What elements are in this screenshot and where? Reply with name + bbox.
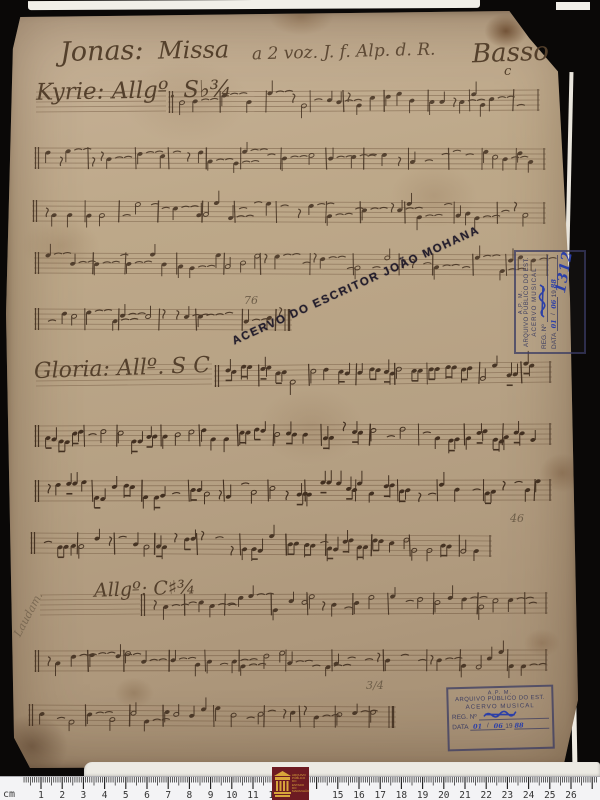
ruler-number: 6 [144, 790, 150, 800]
ruler-number: 2 [59, 790, 65, 800]
title-sub-letter: c [504, 64, 511, 79]
stamp-month: 06 [550, 300, 557, 309]
music-staff [32, 195, 546, 231]
ruler-number: 21 [459, 790, 471, 800]
music-staff [140, 589, 548, 625]
ruler-number: 10 [226, 790, 238, 800]
music-staff [34, 142, 546, 178]
heading-kyrie: Kyrie: Allgº. S♭¾ [36, 76, 233, 105]
blue-scribble [538, 284, 547, 318]
title-work: Missa [158, 35, 230, 64]
stamp-collection-name: ACERVO MUSICAL [531, 255, 538, 349]
ruler-number: 22 [480, 790, 491, 800]
music-score-layer [0, 0, 600, 800]
ruler-number: 1 [38, 790, 44, 800]
ruler-number: 8 [187, 790, 193, 800]
ruler-number: 19 [417, 790, 429, 800]
music-staff [34, 645, 548, 681]
ruler-number: 5 [123, 790, 129, 800]
stamp-archive-name: ARQUIVO PÚBLICO DO EST. [524, 255, 530, 349]
logo-text: ARQUIVO PÚBLICO DO ESTADO DO MARANHÃO [292, 774, 305, 793]
apem-archive-logo: ARQUIVO PÚBLICO DO ESTADO DO MARANHÃO [272, 767, 309, 800]
stamp-month: 06 [494, 722, 503, 729]
ruler-number: 20 [438, 790, 450, 800]
ruler-number: 15 [332, 790, 343, 800]
music-staff [214, 360, 552, 396]
ruler-number: 25 [544, 790, 555, 800]
ruler-unit: cm [3, 789, 15, 800]
stamp-date-label: DATA [551, 333, 558, 349]
annotation-76: 76 [244, 294, 258, 307]
stamp-date-label: DATA [452, 724, 469, 731]
title-composer: Jonas: [60, 35, 144, 68]
music-staff [34, 420, 552, 456]
blue-scribble [483, 710, 517, 720]
stamp-day: 01 [473, 722, 482, 729]
stamp-year-prefix: 19 [505, 723, 512, 730]
stamp-day: 01 [550, 319, 557, 328]
music-staff [30, 527, 492, 563]
music-staff [28, 699, 396, 735]
ruler-number: 11 [247, 790, 259, 800]
ruler-number: 4 [102, 790, 108, 800]
heading-allegro: Allgº: C♯¾ [94, 576, 196, 602]
ruler-number: 23 [502, 790, 513, 800]
stamp-reg-label: REG. Nº [541, 324, 548, 349]
ruler-number: 16 [353, 790, 365, 800]
ruler-number: 26 [565, 790, 577, 800]
ruler-number: 24 [523, 790, 535, 800]
annotation-meter: 3/4 [366, 679, 384, 692]
annotation-46: 46 [510, 512, 524, 525]
ruler-number: 7 [165, 790, 171, 800]
stamp-year: 88 [514, 721, 523, 729]
ruler-number: 17 [374, 790, 385, 800]
stamp-reg-label: REG. Nº [452, 714, 477, 722]
registry-stamp-bottom: A.P. M. ARQUIVO PÚBLICO DO EST. ACERVO M… [446, 685, 555, 752]
ruler-number: 18 [396, 790, 408, 800]
building-icon [274, 771, 291, 797]
music-staff [34, 247, 549, 283]
registry-stamp-right: A.P. M. ARQUIVO PÚBLICO DO EST. ACERVO M… [514, 250, 586, 354]
ruler-number: 3 [81, 790, 87, 800]
manuscript-scan: Jonas: Missa a 2 voz. J. f. Alp. d. R. B… [0, 0, 600, 800]
ruler-number: 9 [208, 790, 214, 800]
music-staff [34, 475, 552, 511]
